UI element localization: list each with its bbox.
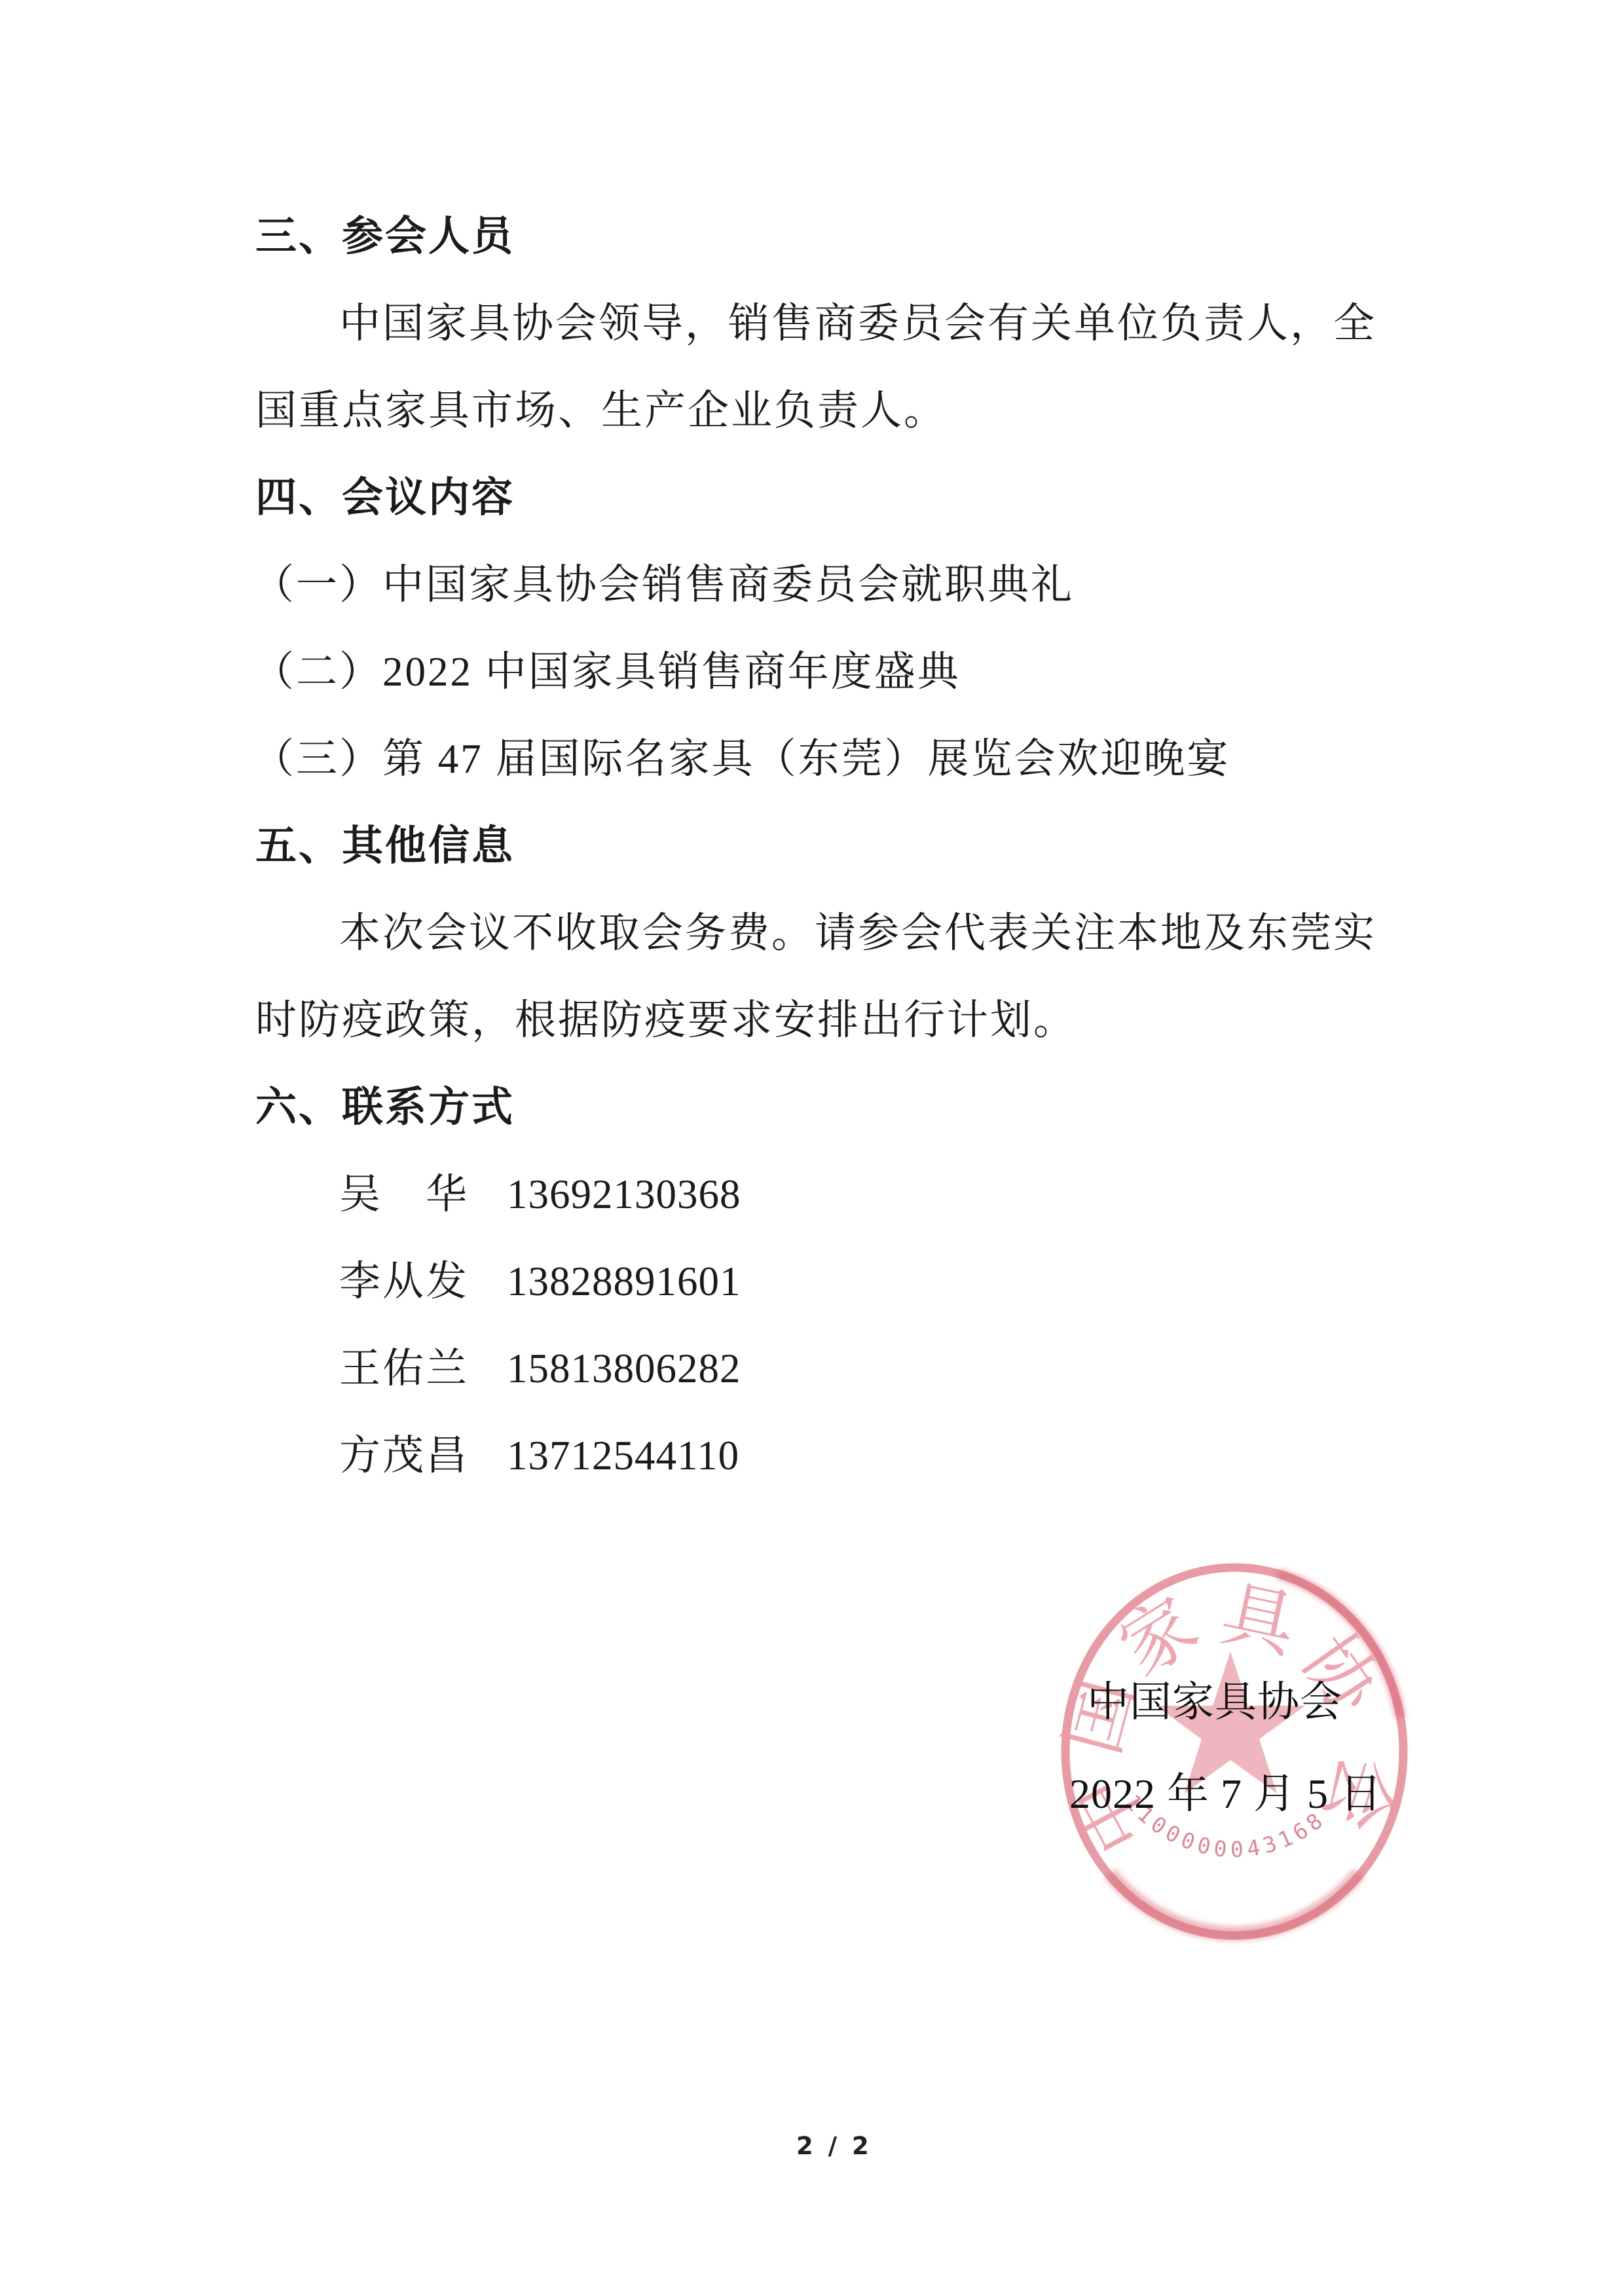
contact-row: 方茂昌 13712544110 [339, 1432, 739, 1479]
contact-name: 李从发 [339, 1258, 470, 1305]
page-number: 2 / 2 [796, 2132, 872, 2160]
list-item-1: （一）中国家具协会销售商委员会就职典礼 [253, 561, 1074, 608]
section-heading-contacts: 六、联系方式 [255, 1084, 515, 1131]
body-line: 中国家具协会领导，销售商委员会有关单位负责人，全 [339, 300, 1376, 347]
official-red-seal-icon: 中 国 家 具 协 会 1100000043168 [1056, 1563, 1413, 1947]
contact-row: 吴 华 13692130368 [339, 1171, 741, 1218]
signature-organization: 中国家具协会 [1087, 1668, 1342, 1729]
section-heading-agenda: 四、会议内容 [255, 474, 515, 521]
seal-graphic: 中 国 家 具 协 会 1100000043168 [1056, 1563, 1413, 1947]
list-item-2: （二）2022 中国家具销售商年度盛典 [253, 648, 961, 695]
contact-name: 王佑兰 [339, 1345, 470, 1392]
contact-name: 吴 华 [339, 1171, 470, 1218]
body-line: 本次会议不收取会务费。请参会代表关注本地及东莞实 [339, 909, 1376, 957]
contact-phone: 13828891601 [507, 1258, 741, 1305]
body-line: 时防疫政策，根据防疫要求安排出行计划。 [255, 997, 1077, 1044]
contact-row: 李从发 13828891601 [339, 1258, 741, 1305]
contact-name: 方茂昌 [339, 1432, 470, 1479]
contact-phone: 13712544110 [507, 1432, 739, 1479]
section-heading-other-info: 五、其他信息 [255, 822, 515, 870]
body-line: 国重点家具市场、生产企业负责人。 [255, 387, 947, 434]
section-heading-participants: 三、参会人员 [255, 213, 515, 260]
signature-date: 2022 年 7 月 5 日 [1069, 1760, 1382, 1820]
list-item-3: （三）第 47 届国际名家具（东莞）展览会欢迎晚宴 [253, 735, 1230, 782]
contact-phone: 13692130368 [507, 1171, 741, 1218]
contact-row: 王佑兰 15813806282 [339, 1345, 741, 1392]
contact-phone: 15813806282 [507, 1345, 741, 1392]
seal-ring-char: 具 [1214, 1573, 1306, 1669]
document-page: 三、参会人员 中国家具协会领导，销售商委员会有关单位负责人，全 国重点家具市场、… [0, 0, 1624, 2295]
